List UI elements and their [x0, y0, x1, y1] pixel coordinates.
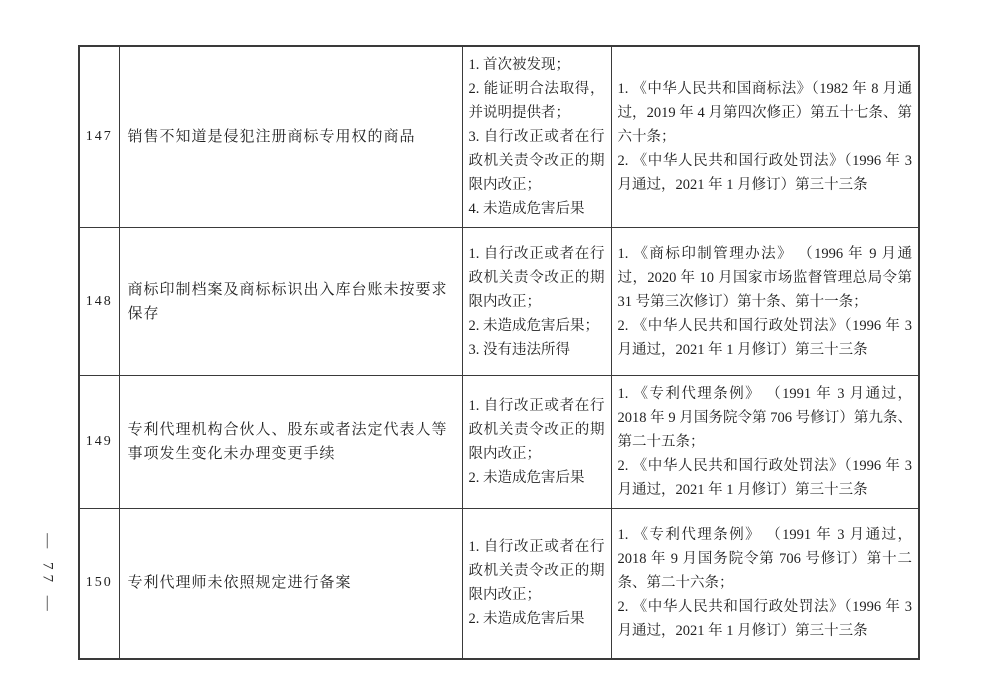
conditions-line: 2. 未造成危害后果	[469, 466, 605, 490]
row-id: 147	[79, 46, 119, 228]
table-body: 147 销售不知道是侵犯注册商标专用权的商品 1. 首次被发现；2. 能证明合法…	[79, 46, 919, 659]
table-row: 149 专利代理机构合伙人、股东或者法定代表人等事项发生变化未办理变更手续 1.…	[79, 376, 919, 509]
conditions-line: 3. 自行改正或者在行政机关责令改正的期限内改正；	[469, 125, 605, 197]
row-id: 149	[79, 376, 119, 509]
basis-line: 2. 《中华人民共和国行政处罚法》（1996 年 3 月通过，2021 年 1 …	[618, 149, 913, 197]
row-basis: 1. 《专利代理条例》 （1991 年 3 月通过，2018 年 9 月国务院令…	[611, 376, 919, 509]
conditions-line: 2. 未造成危害后果	[469, 607, 605, 631]
conditions-line: 2. 未造成危害后果；	[469, 314, 605, 338]
document-page: — 77 — 147 销售不知道是侵犯注册商标专用权的商品 1. 首次被发现；2…	[0, 0, 990, 688]
basis-line: 2. 《中华人民共和国行政处罚法》（1996 年 3 月通过，2021 年 1 …	[618, 454, 913, 502]
basis-line: 1. 《专利代理条例》 （1991 年 3 月通过，2018 年 9 月国务院令…	[618, 382, 913, 454]
row-item: 销售不知道是侵犯注册商标专用权的商品	[119, 46, 462, 228]
table-row: 148 商标印制档案及商标标识出入库台账未按要求保存 1. 自行改正或者在行政机…	[79, 228, 919, 376]
table-row: 150 专利代理师未依照规定进行备案 1. 自行改正或者在行政机关责令改正的期限…	[79, 509, 919, 659]
conditions-line: 1. 自行改正或者在行政机关责令改正的期限内改正；	[469, 394, 605, 466]
conditions-line: 4. 未造成危害后果	[469, 197, 605, 221]
row-id: 150	[79, 509, 119, 659]
row-conditions: 1. 自行改正或者在行政机关责令改正的期限内改正；2. 未造成危害后果	[462, 376, 611, 509]
conditions-line: 1. 自行改正或者在行政机关责令改正的期限内改正；	[469, 535, 605, 607]
basis-line: 2. 《中华人民共和国行政处罚法》（1996 年 3 月通过，2021 年 1 …	[618, 595, 913, 643]
basis-line: 1. 《专利代理条例》 （1991 年 3 月通过，2018 年 9 月国务院令…	[618, 523, 913, 595]
basis-line: 1. 《商标印制管理办法》 （1996 年 9 月通过，2020 年 10 月国…	[618, 242, 913, 314]
row-item: 专利代理师未依照规定进行备案	[119, 509, 462, 659]
row-basis: 1. 《中华人民共和国商标法》（1982 年 8 月通过，2019 年 4 月第…	[611, 46, 919, 228]
row-basis: 1. 《专利代理条例》 （1991 年 3 月通过，2018 年 9 月国务院令…	[611, 509, 919, 659]
conditions-line: 1. 首次被发现；	[469, 53, 605, 77]
basis-line: 2. 《中华人民共和国行政处罚法》（1996 年 3 月通过，2021 年 1 …	[618, 314, 913, 362]
row-id: 148	[79, 228, 119, 376]
conditions-line: 2. 能证明合法取得，并说明提供者；	[469, 77, 605, 125]
basis-line: 1. 《中华人民共和国商标法》（1982 年 8 月通过，2019 年 4 月第…	[618, 77, 913, 149]
table-row: 147 销售不知道是侵犯注册商标专用权的商品 1. 首次被发现；2. 能证明合法…	[79, 46, 919, 228]
conditions-line: 1. 自行改正或者在行政机关责令改正的期限内改正；	[469, 242, 605, 314]
row-conditions: 1. 自行改正或者在行政机关责令改正的期限内改正；2. 未造成危害后果；3. 没…	[462, 228, 611, 376]
row-item: 专利代理机构合伙人、股东或者法定代表人等事项发生变化未办理变更手续	[119, 376, 462, 509]
page-number: — 77 —	[39, 519, 56, 631]
row-item: 商标印制档案及商标标识出入库台账未按要求保存	[119, 228, 462, 376]
row-basis: 1. 《商标印制管理办法》 （1996 年 9 月通过，2020 年 10 月国…	[611, 228, 919, 376]
penalty-rules-table: 147 销售不知道是侵犯注册商标专用权的商品 1. 首次被发现；2. 能证明合法…	[78, 45, 920, 660]
row-conditions: 1. 自行改正或者在行政机关责令改正的期限内改正；2. 未造成危害后果	[462, 509, 611, 659]
conditions-line: 3. 没有违法所得	[469, 338, 605, 362]
row-conditions: 1. 首次被发现；2. 能证明合法取得，并说明提供者；3. 自行改正或者在行政机…	[462, 46, 611, 228]
